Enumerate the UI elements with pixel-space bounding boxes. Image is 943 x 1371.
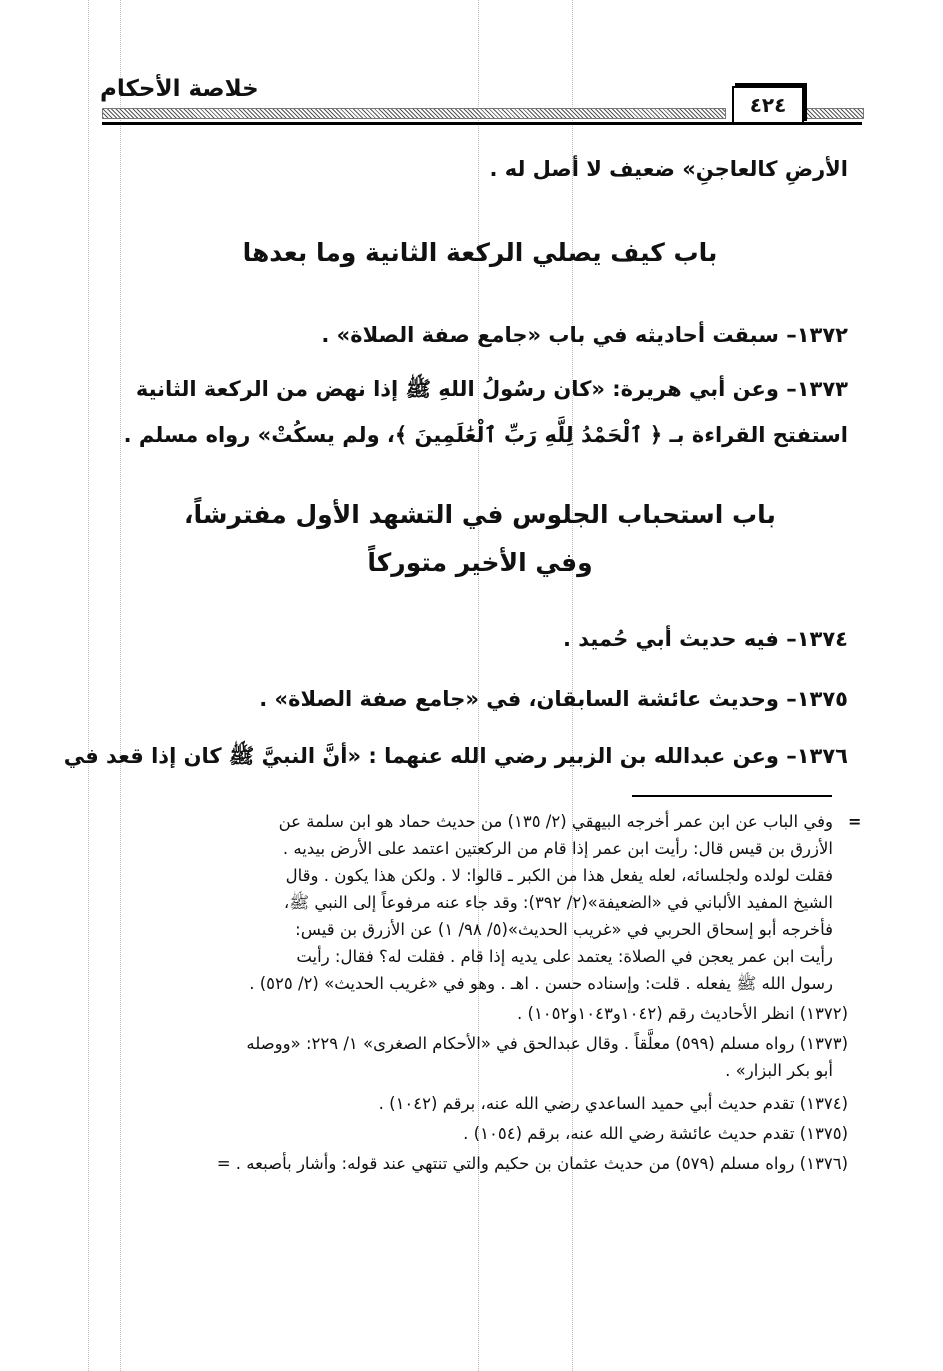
section-heading: باب كيف يصلي الركعة الثانية وما بعدها	[100, 238, 860, 267]
book-title: خلاصة الأحكام	[100, 72, 259, 106]
footnote-carryover-line: الشيخ المفيد الألباني في «الضعيفة»(٢/ ٣٩…	[284, 889, 833, 916]
footnote-carryover-line: رأيت ابن عمر يعجن في الصلاة: يعتمد على ي…	[296, 943, 833, 970]
footnote-divider	[632, 795, 832, 797]
hadith-1372: ١٣٧٢– سبقت أحاديثه في باب «جامع صفة الصل…	[321, 316, 848, 354]
footnote-1375: (١٣٧٥) تقدم حديث عائشة رضي الله عنه، برق…	[463, 1120, 848, 1147]
hadith-1374: ١٣٧٤– فيه حديث أبي حُميد .	[563, 620, 848, 658]
footnote-1372: (١٣٧٢) انظر الأحاديث رقم (١٠٤٢و١٠٤٣و١٠٥٢…	[517, 1000, 848, 1027]
page-header: خلاصة الأحكام ٤٢٤	[100, 72, 860, 132]
continuation-mark: =	[848, 812, 861, 831]
header-rule	[102, 122, 862, 125]
hadith-1375: ١٣٧٥– وحديث عائشة السابقان، في «جامع صفة…	[259, 680, 848, 718]
hadith-1373-line1: ١٣٧٣– وعن أبي هريرة: «كان رسُولُ اللهِ ﷺ…	[90, 370, 848, 408]
page-number-box: ٤٢٤	[732, 86, 804, 124]
footnote-1373-continued: أبو بكر البزار» .	[725, 1057, 833, 1084]
hadith-1373-line2: استفتح القراءة بـ ﴿ ٱلْحَمْدُ لِلَّهِ رَ…	[124, 416, 848, 454]
footnote-carryover-line: الأزرق بن قيس قال: رأيت ابن عمر إذا قام …	[283, 835, 833, 862]
footnote-carryover-line: وفي الباب عن ابن عمر أخرجه البيهقي (٢/ ١…	[279, 808, 833, 835]
footnote-carryover-line: رسول الله ﷺ يفعله . قلت: وإسناده حسن . ا…	[249, 970, 833, 997]
hadith-1376: ١٣٧٦– وعن عبدالله بن الزبير رضي الله عنه…	[64, 737, 848, 775]
section-heading-continued: وفي الأخير متوركاً	[100, 548, 860, 577]
footnote-carryover-line: فأخرجه أبو إسحاق الحربي في «غريب الحديث»…	[295, 916, 833, 943]
header-hatch-band	[806, 108, 864, 119]
page-number: ٤٢٤	[750, 93, 787, 117]
section-heading: باب استحباب الجلوس في التشهد الأول مفترش…	[100, 500, 860, 529]
footnote-carryover-line: فقلت لولده ولجلسائه، لعله يفعل هذا من ال…	[286, 862, 833, 889]
footnote-1374: (١٣٧٤) تقدم حديث أبي حميد الساعدي رضي ال…	[379, 1090, 848, 1117]
footnote-1376: (١٣٧٦) رواه مسلم (٥٧٩) من حديث عثمان بن …	[217, 1150, 848, 1177]
book-page: خلاصة الأحكام ٤٢٤ الأرضِ كالعاجنِ» ضعيف …	[0, 0, 943, 1371]
carryover-line: الأرضِ كالعاجنِ» ضعيف لا أصل له .	[489, 150, 848, 188]
header-hatch-band	[102, 108, 726, 119]
footnote-1373: (١٣٧٣) رواه مسلم (٥٩٩) معلَّقاً . وقال ع…	[246, 1030, 848, 1057]
